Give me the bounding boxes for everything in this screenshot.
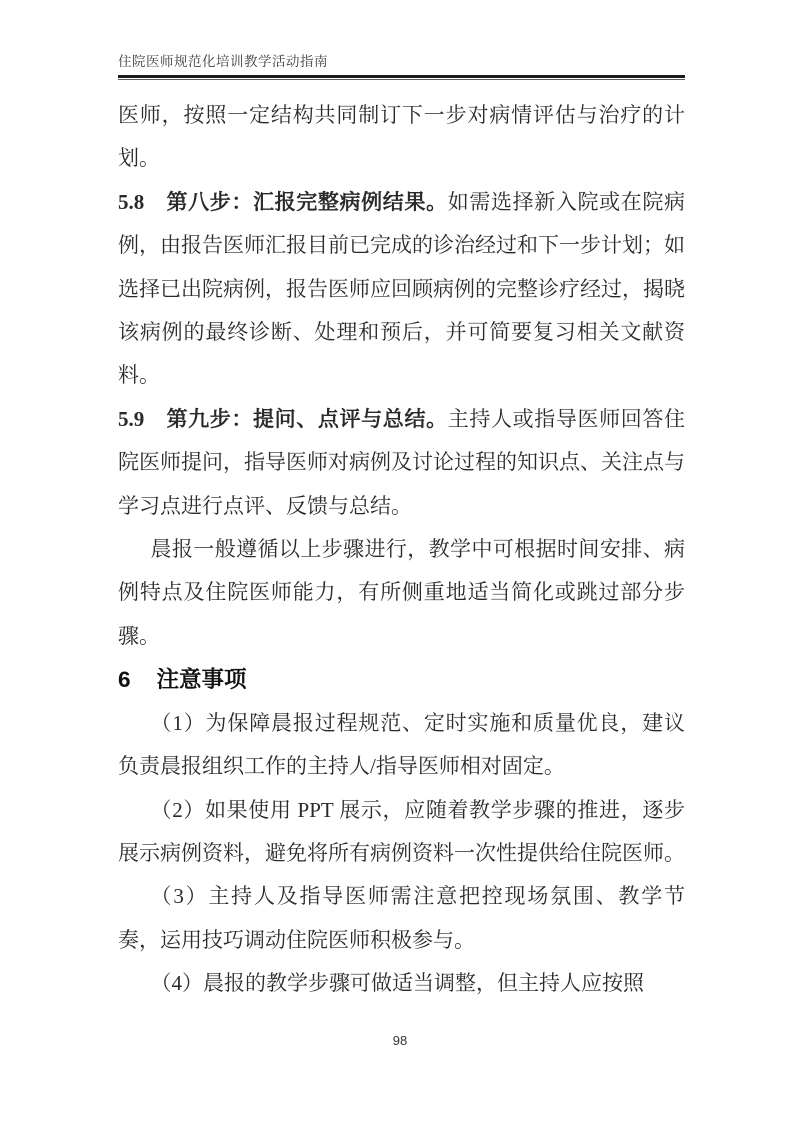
paragraph: （3）主持人及指导医师需注意把控现场氛围、教学节奏，运用技巧调动住院医师积极参与… — [118, 875, 685, 962]
paragraph: 5.8 第八步：汇报完整病例结果。如需选择新入院或在院病例，由报告医师汇报目前已… — [118, 181, 685, 398]
running-header: 住院医师规范化培训教学活动指南 — [118, 53, 685, 71]
text-run: 如需选择新入院或在院病例，由报告医师汇报目前已完成的诊治经过和下一步计划；如选择… — [118, 190, 685, 388]
running-header-title: 住院医师规范化培训教学活动指南 — [118, 54, 328, 69]
text-run: （3）主持人及指导医师需注意把控现场氛围、教学节奏，运用技巧调动住院医师积极参与… — [118, 884, 685, 951]
page-footer: 98 — [0, 1032, 800, 1050]
paragraph: （2）如果使用 PPT 展示，应随着教学步骤的推进，逐步展示病例资料，避免将所有… — [118, 789, 685, 876]
heading-text: 注意事项 — [157, 667, 247, 692]
section-heading: 6注意事项 — [118, 658, 685, 701]
paragraph: 5.9 第九步：提问、点评与总结。主持人或指导医师回答住院医师提问，指导医师对病… — [118, 398, 685, 528]
paragraph: （1）为保障晨报过程规范、定时实施和质量优良，建议负责晨报组织工作的主持人/指导… — [118, 702, 685, 789]
text-run: 晨报一般遵循以上步骤进行，教学中可根据时间安排、病例特点及住院医师能力，有所侧重… — [118, 537, 685, 648]
page-number: 98 — [393, 1033, 407, 1048]
bold-run: 5.9 第九步：提问、点评与总结。 — [118, 407, 448, 431]
header-rule — [118, 75, 685, 80]
document-page: 住院医师规范化培训教学活动指南 医师，按照一定结构共同制订下一步对病情评估与治疗… — [0, 0, 800, 1131]
text-run: （4）晨报的教学步骤可做适当调整，但主持人应按照 — [151, 971, 645, 995]
text-run: 医师，按照一定结构共同制订下一步对病情评估与治疗的计划。 — [118, 103, 685, 170]
paragraph: 医师，按照一定结构共同制订下一步对病情评估与治疗的计划。 — [118, 94, 685, 181]
bold-run: 5.8 第八步：汇报完整病例结果。 — [118, 190, 448, 214]
header-rule-thin-line — [118, 79, 685, 80]
text-run: （1）为保障晨报过程规范、定时实施和质量优良，建议负责晨报组织工作的主持人/指导… — [118, 711, 685, 778]
heading-number: 6 — [118, 667, 131, 692]
document-body: 医师，按照一定结构共同制订下一步对病情评估与治疗的计划。5.8 第八步：汇报完整… — [118, 94, 685, 1006]
paragraph: （4）晨报的教学步骤可做适当调整，但主持人应按照 — [118, 962, 685, 1005]
header-rule-thick-line — [118, 75, 685, 78]
text-run: （2）如果使用 PPT 展示，应随着教学步骤的推进，逐步展示病例资料，避免将所有… — [118, 798, 685, 865]
paragraph: 晨报一般遵循以上步骤进行，教学中可根据时间安排、病例特点及住院医师能力，有所侧重… — [118, 528, 685, 658]
